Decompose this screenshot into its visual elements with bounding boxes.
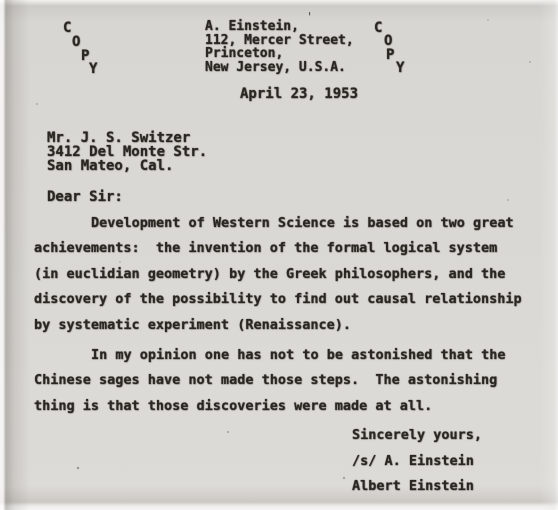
letter-date: April 23, 1953	[240, 86, 358, 102]
paragraph-2-line: Chinese sages have not made those steps.…	[34, 368, 546, 393]
copy-stamp-left-y: Y	[89, 61, 97, 77]
paragraph-1: Development of Western Science is based …	[34, 211, 546, 338]
letter-content: C O P Y C O P Y ' A. Einstein, 112, Merc…	[0, 0, 558, 510]
copy-stamp-right-y: Y	[396, 60, 404, 76]
paper: C O P Y C O P Y ' A. Einstein, 112, Merc…	[0, 0, 558, 510]
closing-block: Sincerely yours, /s/ A. Einstein Albert …	[352, 423, 482, 500]
sender-state: New Jersey, U.S.A.	[205, 61, 354, 75]
sender-address: A. Einstein, 112, Mercer Street, Princet…	[205, 20, 354, 74]
paragraph-1-line: (in euclidian geometry) by the Greek phi…	[34, 262, 546, 287]
copy-stamp-right-c: C	[374, 20, 382, 36]
signature-name: Albert Einstein	[352, 474, 482, 500]
paragraph-2-line: thing is that those discoveries were mad…	[34, 394, 546, 419]
signature-typed: /s/ A. Einstein	[352, 449, 482, 475]
paragraph-2: In my opinion one has not to be astonish…	[34, 343, 546, 419]
copy-stamp-left-o: O	[72, 34, 80, 50]
closing-valediction: Sincerely yours,	[352, 423, 482, 449]
copy-stamp-right-p: P	[386, 47, 394, 63]
paragraph-2-line: In my opinion one has not to be astonish…	[34, 343, 546, 368]
paragraph-1-line: by systematic experiment (Renaissance).	[34, 313, 546, 338]
paragraph-1-line: discovery of the possibility to find out…	[34, 287, 546, 312]
paragraph-1-line: achievements: the invention of the forma…	[34, 236, 546, 261]
copy-stamp-left-c: C	[63, 20, 71, 36]
letter-photograph: C O P Y C O P Y ' A. Einstein, 112, Merc…	[0, 0, 558, 510]
salutation: Dear Sir:	[47, 189, 123, 205]
recipient-city: San Mateo, Cal.	[47, 160, 207, 174]
sender-city: Princeton,	[205, 47, 354, 61]
sender-name: A. Einstein,	[205, 20, 354, 34]
sender-street: 112, Mercer Street,	[205, 34, 354, 48]
recipient-address: Mr. J. S. Switzer 3412 Del Monte Str. Sa…	[47, 132, 207, 173]
paragraph-1-line: Development of Western Science is based …	[34, 211, 546, 236]
